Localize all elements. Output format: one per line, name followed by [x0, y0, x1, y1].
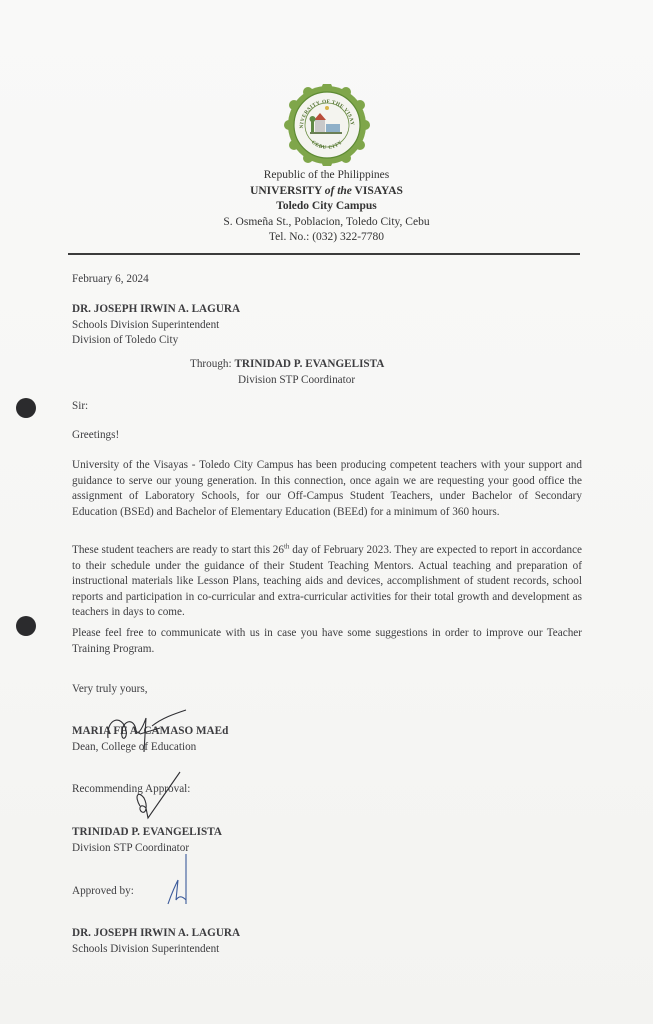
letterhead: Republic of the Philippines UNIVERSITY o… — [0, 168, 653, 246]
through-block: Through: TRINIDAD P. EVANGELISTA Divisio… — [190, 357, 384, 388]
punch-hole-top — [16, 398, 36, 418]
university-name-part: UNIVERSITY — [250, 185, 325, 197]
through-title: Division STP Coordinator — [190, 373, 384, 389]
through-name: TRINIDAD P. EVANGELISTA — [234, 358, 384, 370]
university-name-part: of the — [325, 185, 352, 197]
body-paragraph-1: University of the Visayas - Toledo City … — [72, 458, 582, 520]
signatory-title: Dean, College of Education — [72, 740, 228, 756]
greeting: Greetings! — [72, 428, 119, 444]
letter-page: UNIVERSITY OF THE VISAYAS CEBU CITY Repu… — [0, 0, 653, 1024]
recommending-name: TRINIDAD P. EVANGELISTA — [72, 825, 222, 841]
salutation: Sir: — [72, 399, 88, 415]
signatory-block: MARIA FE A. CAMASO MAEd Dean, College of… — [72, 724, 228, 755]
republic-line: Republic of the Philippines — [0, 168, 653, 184]
through-label: Through: — [190, 358, 232, 370]
paragraph-text: These student teachers are ready to star… — [72, 544, 284, 556]
letter-date: February 6, 2024 — [72, 272, 149, 288]
approved-name: DR. JOSEPH IRWIN A. LAGURA — [72, 926, 240, 942]
closing: Very truly yours, — [72, 682, 148, 698]
letterhead-divider — [68, 253, 580, 255]
punch-hole-bottom — [16, 616, 36, 636]
recipient-name: DR. JOSEPH IRWIN A. LAGURA — [72, 302, 240, 318]
university-name: UNIVERSITY of the VISAYAS — [0, 184, 653, 200]
recommending-block: TRINIDAD P. EVANGELISTA Division STP Coo… — [72, 825, 222, 856]
signature-superintendent-icon — [160, 852, 200, 912]
body-paragraph-3: Please feel free to communicate with us … — [72, 626, 582, 657]
university-seal-icon: UNIVERSITY OF THE VISAYAS CEBU CITY — [284, 84, 370, 166]
campus-name: Toledo City Campus — [0, 199, 653, 215]
recipient-title: Schools Division Superintendent — [72, 318, 240, 334]
recipient-office: Division of Toledo City — [72, 333, 240, 349]
campus-address: S. Osmeña St., Poblacion, Toledo City, C… — [0, 215, 653, 231]
recommending-label: Recommending Approval: — [72, 782, 190, 798]
recommending-title: Division STP Coordinator — [72, 841, 222, 857]
campus-telephone: Tel. No.: (032) 322-7780 — [0, 230, 653, 246]
recipient-block: DR. JOSEPH IRWIN A. LAGURA Schools Divis… — [72, 302, 240, 349]
university-name-part: VISAYAS — [352, 185, 403, 197]
approved-title: Schools Division Superintendent — [72, 942, 240, 958]
signatory-name: MARIA FE A. CAMASO MAEd — [72, 724, 228, 740]
approved-label: Approved by: — [72, 884, 134, 900]
signature-coordinator-icon — [128, 768, 188, 828]
approved-block: DR. JOSEPH IRWIN A. LAGURA Schools Divis… — [72, 926, 240, 957]
body-paragraph-2: These student teachers are ready to star… — [72, 543, 582, 621]
